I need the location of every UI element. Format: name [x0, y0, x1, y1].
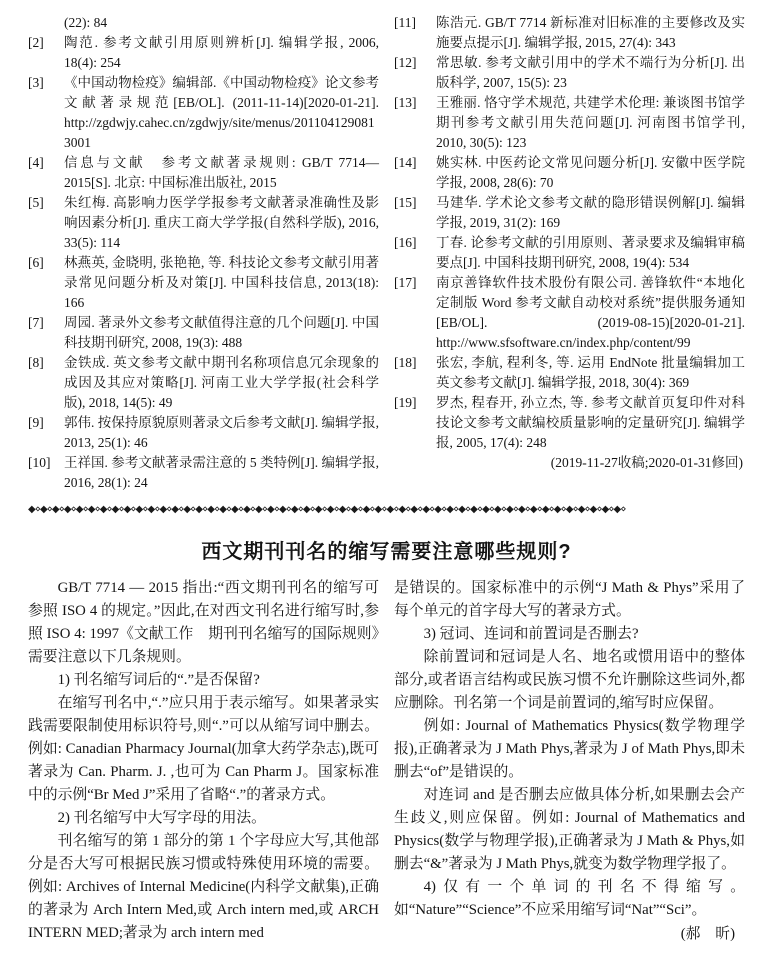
article-body-right-column: 是错误的。国家标准中的示例“J Math & Phys”采用了每个单元的首字母大… — [394, 577, 745, 946]
reference-item: [16] 丁春. 论参考文献的引用原则、著录要求及编辑审稿要点[J]. 中国科技… — [394, 233, 745, 273]
reference-text: 金铁成. 英文参考文献中期刊名称项信息冗余现象的成因及其应对策略[J]. 河南工… — [64, 353, 379, 413]
author-signature: (郝 昕) — [394, 923, 745, 946]
reference-text: 丁春. 论参考文献的引用原则、著录要求及编辑审稿要点[J]. 中国科技期刊研究,… — [436, 233, 745, 273]
reference-list: (22): 84 [2] 陶范. 参考文献引用原则辨析[J]. 编辑学报, 20… — [28, 13, 745, 493]
reference-item: [12] 常思敏. 参考文献引用中的学术不端行为分析[J]. 出版科学, 200… — [394, 53, 745, 93]
paragraph: 刊名缩写的第 1 部分的第 1 个字母应大写,其他部分是否大写可根据民族习惯或特… — [28, 830, 379, 945]
reference-text: 王祥国. 参考文献著录需注意的 5 类特例[J]. 编辑学报, 2016, 28… — [64, 453, 379, 493]
reference-item: [18] 张宏, 李航, 程利冬, 等. 运用 EndNote 批量编辑加工英文… — [394, 353, 745, 393]
reference-text: 《中国动物检疫》编辑部.《中国动物检疫》论文参考文献著录规范[EB/OL]. (… — [64, 73, 379, 153]
reference-item: [13] 王雅丽. 恪守学术规范, 共建学术伦理: 兼谈图书馆学期刊参考文献引用… — [394, 93, 745, 153]
reference-text: 朱红梅. 高影响力医学学报参考文献著录准确性及影响因素分析[J]. 重庆工商大学… — [64, 193, 379, 253]
reference-text: 常思敏. 参考文献引用中的学术不端行为分析[J]. 出版科学, 2007, 15… — [436, 53, 745, 93]
reference-text: 南京善锋软件技术股份有限公司. 善锋软件“本地化定制版 Word 参考文献自动校… — [436, 273, 745, 353]
reference-text: 罗杰, 程春开, 孙立杰, 等. 参考文献首页复印件对科技论文参考文献编校质量影… — [436, 393, 745, 453]
paragraph: 例如: Journal of Mathematics Physics(数学物理学… — [394, 715, 745, 784]
paragraph: 2) 刊名缩写中大写字母的用法。 — [28, 807, 379, 830]
reference-item: [3] 《中国动物检疫》编辑部.《中国动物检疫》论文参考文献著录规范[EB/OL… — [28, 73, 379, 153]
reference-text: 郭伟. 按保持原貌原则著录文后参考文献[J]. 编辑学报, 2013, 25(1… — [64, 413, 379, 453]
reference-text: (22): 84 — [64, 13, 379, 33]
paragraph: 是错误的。国家标准中的示例“J Math & Phys”采用了每个单元的首字母大… — [394, 577, 745, 623]
reference-text: 陶范. 参考文献引用原则辨析[J]. 编辑学报, 2006, 18(4): 25… — [64, 33, 379, 73]
reference-text: 王雅丽. 恪守学术规范, 共建学术伦理: 兼谈图书馆学期刊参考文献引用失范问题[… — [436, 93, 745, 153]
reference-number — [28, 13, 64, 33]
reference-number: [9] — [28, 413, 64, 453]
reference-number: [6] — [28, 253, 64, 313]
reference-text: 周园. 著录外文参考文献值得注意的几个问题[J]. 中国科技期刊研究, 2008… — [64, 313, 379, 353]
paragraph: GB/T 7714 — 2015 指出:“西文期刊刊名的缩写可参照 ISO 4 … — [28, 577, 379, 669]
reference-number: [12] — [394, 53, 436, 93]
reference-number: [4] — [28, 153, 64, 193]
paragraph: 1) 刊名缩写词后的“.”是否保留? — [28, 669, 379, 692]
received-revised-note: (2019-11-27收稿;2020-01-31修回) — [394, 453, 745, 473]
reference-number: [16] — [394, 233, 436, 273]
reference-number: [2] — [28, 33, 64, 73]
reference-number: [3] — [28, 73, 64, 153]
reference-item: [9] 郭伟. 按保持原貌原则著录文后参考文献[J]. 编辑学报, 2013, … — [28, 413, 379, 453]
reference-item: [11] 陈浩元. GB/T 7714 新标准对旧标准的主要修改及实施要点提示[… — [394, 13, 745, 53]
paragraph: 3) 冠词、连词和前置词是否删去? — [394, 623, 745, 646]
article-title: 西文期刊刊名的缩写需要注意哪些规则? — [28, 535, 745, 564]
reference-text: 姚实林. 中医药论文常见问题分析[J]. 安徽中医学院学报, 2008, 28(… — [436, 153, 745, 193]
reference-number: [13] — [394, 93, 436, 153]
article-body-left-column: GB/T 7714 — 2015 指出:“西文期刊刊名的缩写可参照 ISO 4 … — [28, 577, 379, 946]
reference-text: 林燕英, 金晓明, 张艳艳, 等. 科技论文参考文献引用著录常见问题分析及对策[… — [64, 253, 379, 313]
reference-item: [7] 周园. 著录外文参考文献值得注意的几个问题[J]. 中国科技期刊研究, … — [28, 313, 379, 353]
reference-number: [8] — [28, 353, 64, 413]
references-right-column: [11] 陈浩元. GB/T 7714 新标准对旧标准的主要修改及实施要点提示[… — [394, 13, 745, 493]
reference-item: [5] 朱红梅. 高影响力医学学报参考文献著录准确性及影响因素分析[J]. 重庆… — [28, 193, 379, 253]
reference-item: [19] 罗杰, 程春开, 孙立杰, 等. 参考文献首页复印件对科技论文参考文献… — [394, 393, 745, 453]
ornament-divider: ◆⋄◆⋄◆⋄◆⋄◆⋄◆⋄◆⋄◆⋄◆⋄◆⋄◆⋄◆⋄◆⋄◆⋄◆⋄◆⋄◆⋄◆⋄◆⋄◆⋄… — [28, 504, 745, 518]
reference-number: [17] — [394, 273, 436, 353]
reference-number: [15] — [394, 193, 436, 233]
reference-item: [4] 信息与文献 参考文献著录规则: GB/T 7714—2015[S]. 北… — [28, 153, 379, 193]
paragraph: 对连词 and 是否删去应做具体分析,如果删去会产生歧义,则应保留。例如: Jo… — [394, 784, 745, 876]
reference-number: [19] — [394, 393, 436, 453]
reference-item: [14] 姚实林. 中医药论文常见问题分析[J]. 安徽中医学院学报, 2008… — [394, 153, 745, 193]
reference-item: (22): 84 — [28, 13, 379, 33]
reference-text: 信息与文献 参考文献著录规则: GB/T 7714—2015[S]. 北京: 中… — [64, 153, 379, 193]
reference-number: [18] — [394, 353, 436, 393]
reference-item: [2] 陶范. 参考文献引用原则辨析[J]. 编辑学报, 2006, 18(4)… — [28, 33, 379, 73]
paragraph: 4)仅有一个单词的刊名不得缩写。如“Nature”“Science”不应采用缩写… — [394, 876, 745, 922]
reference-item: [10] 王祥国. 参考文献著录需注意的 5 类特例[J]. 编辑学报, 201… — [28, 453, 379, 493]
reference-number: [7] — [28, 313, 64, 353]
journal-page: (22): 84 [2] 陶范. 参考文献引用原则辨析[J]. 编辑学报, 20… — [0, 0, 763, 953]
references-left-column: (22): 84 [2] 陶范. 参考文献引用原则辨析[J]. 编辑学报, 20… — [28, 13, 379, 493]
article-body: GB/T 7714 — 2015 指出:“西文期刊刊名的缩写可参照 ISO 4 … — [28, 577, 745, 946]
reference-text: 马建华. 学术论文参考文献的隐形错误例解[J]. 编辑学报, 2019, 31(… — [436, 193, 745, 233]
reference-number: [5] — [28, 193, 64, 253]
reference-number: [14] — [394, 153, 436, 193]
paragraph: 在缩写刊名中,“.”应只用于表示缩写。如果著录实践需要限制使用标识符号,则“.”… — [28, 692, 379, 807]
reference-item: [6] 林燕英, 金晓明, 张艳艳, 等. 科技论文参考文献引用著录常见问题分析… — [28, 253, 379, 313]
reference-item: [8] 金铁成. 英文参考文献中期刊名称项信息冗余现象的成因及其应对策略[J].… — [28, 353, 379, 413]
reference-text: 张宏, 李航, 程利冬, 等. 运用 EndNote 批量编辑加工英文参考文献[… — [436, 353, 745, 393]
reference-item: [15] 马建华. 学术论文参考文献的隐形错误例解[J]. 编辑学报, 2019… — [394, 193, 745, 233]
reference-number: [11] — [394, 13, 436, 53]
reference-item: [17] 南京善锋软件技术股份有限公司. 善锋软件“本地化定制版 Word 参考… — [394, 273, 745, 353]
reference-number: [10] — [28, 453, 64, 493]
reference-text: 陈浩元. GB/T 7714 新标准对旧标准的主要修改及实施要点提示[J]. 编… — [436, 13, 745, 53]
paragraph: 除前置词和冠词是人名、地名或惯用语中的整体部分,或者语言结构或民族习惯不允许删除… — [394, 646, 745, 715]
